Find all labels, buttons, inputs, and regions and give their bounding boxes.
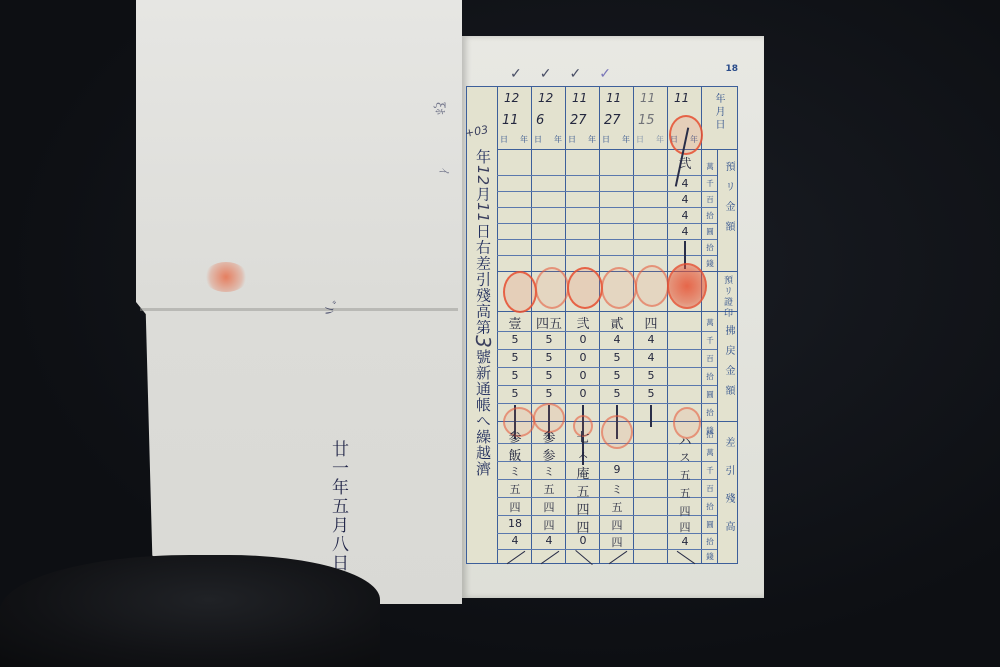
balance-digit: 四 <box>670 503 700 519</box>
balance-digit: 4 <box>670 535 700 548</box>
date-cell: 11 27 日年 <box>600 89 632 147</box>
left-margin-mark: ξﾎ <box>432 102 449 115</box>
balance-digit: 五 <box>534 481 564 497</box>
unit-label: 千 <box>703 465 717 476</box>
note-part: 右差引殘高第 <box>474 239 492 335</box>
red-seal-stamp <box>601 415 633 449</box>
balance-digit: 四 <box>534 517 564 533</box>
left-margin-mark: ｲ <box>436 168 453 174</box>
balance-digit: 五 <box>670 485 700 501</box>
withdrawal-digit: 4 <box>602 333 632 346</box>
balance-digit: 五 <box>670 467 700 483</box>
date-cell: 12 11 日年 <box>498 89 530 147</box>
unit-label: 千 <box>703 178 717 189</box>
unit-label: 圓 <box>703 389 717 400</box>
date-cell: 12 6 日年 <box>532 89 564 147</box>
withdrawal-digit: 0 <box>568 333 598 346</box>
balance-digit: ㅅ <box>568 445 598 464</box>
red-seal-stamp <box>535 267 569 309</box>
side-hand-prefix: +03 <box>464 123 489 140</box>
red-seal-stamp <box>601 267 637 309</box>
withdrawal-digit: 貳 <box>602 313 632 332</box>
date-month: 11 <box>674 91 689 105</box>
balance-digit: 参 <box>500 427 530 446</box>
date-day: 27 <box>604 113 621 128</box>
withdrawal-digit: 5 <box>636 387 666 400</box>
balance-digit: ミ <box>534 463 564 479</box>
date-month: 11 <box>606 91 621 105</box>
balance-digit: 七 <box>568 427 598 446</box>
column-divider <box>565 87 566 563</box>
row-divider <box>497 367 717 368</box>
balance-digit: 4 <box>534 534 564 547</box>
header-deposit-amount: 預リ金額 <box>721 161 736 241</box>
balance-digit: 参 <box>534 445 564 464</box>
withdrawal-digit: 5 <box>500 387 530 400</box>
label-year: 年 <box>520 134 528 145</box>
label-day: 日 <box>636 134 644 145</box>
unit-label: 拾 <box>703 371 717 382</box>
red-seal-stamp <box>567 267 603 309</box>
unit-label: 圓 <box>703 226 717 237</box>
balance-digit: 四 <box>534 499 564 515</box>
balance-digit: 18 <box>500 517 530 530</box>
unit-label: 百 <box>703 483 717 494</box>
unit-label: 百 <box>703 353 717 364</box>
label-year: 年 <box>588 134 596 145</box>
column-divider <box>633 87 634 563</box>
date-day: 27 <box>570 113 587 128</box>
row-divider <box>497 403 717 404</box>
balance-digit: 五 <box>602 499 632 515</box>
column-divider <box>701 87 702 563</box>
withdrawal-digit: 0 <box>568 369 598 382</box>
right-page: 18 ✓ ✓ ✓ ✓ +03 年12月11日右差引殘高第3號新通帳へ繰越濟 <box>462 36 764 598</box>
pen-stroke <box>650 405 652 427</box>
pen-slash <box>507 551 526 564</box>
label-year: 年 <box>554 134 562 145</box>
header-deposit-seal: 預リ證印 <box>721 275 734 319</box>
header-date: 年月日 <box>711 93 726 132</box>
date-cell: 11 15 日年 <box>634 89 666 147</box>
unit-label: 萬 <box>703 161 717 172</box>
balance-digit: 四 <box>500 499 530 515</box>
deposit-digit: 4 <box>670 209 700 222</box>
carry-over-note: 年12月11日右差引殘高第3號新通帳へ繰越濟 <box>471 149 495 477</box>
withdrawal-digit: 5 <box>602 351 632 364</box>
note-part: 月 <box>474 186 492 202</box>
red-seal-stamp <box>503 271 537 313</box>
header-withdrawal-amount: 拂戻金額 <box>721 325 736 405</box>
unit-label: 拾 <box>703 501 717 512</box>
pen-slash <box>575 550 592 565</box>
balance-digit: 4 <box>500 534 530 547</box>
withdrawal-digit: 5 <box>534 333 564 346</box>
checkmark-icon: ✓ <box>540 66 552 82</box>
balance-digit: ス <box>670 449 700 465</box>
row-divider <box>497 311 737 312</box>
date-month: 12 <box>538 91 553 105</box>
balance-digit: ミ <box>602 481 632 497</box>
withdrawal-digit: 5 <box>534 387 564 400</box>
deposit-digit: 4 <box>670 225 700 238</box>
withdrawal-digit: 0 <box>568 351 598 364</box>
label-year: 年 <box>622 134 630 145</box>
balance-digit: 四 <box>602 534 632 550</box>
unit-label: 拾 <box>703 536 717 547</box>
deposit-digit: 弐 <box>670 153 700 172</box>
date-day: 11 <box>502 113 519 128</box>
pen-slash <box>677 551 696 564</box>
row-divider <box>497 349 717 350</box>
note-part: 日 <box>474 223 492 239</box>
row-divider <box>497 175 717 176</box>
withdrawal-digit: 4 <box>636 333 666 346</box>
withdrawal-digit: 5 <box>534 351 564 364</box>
withdrawal-digit: 4 <box>636 351 666 364</box>
row-divider <box>497 207 717 208</box>
withdrawal-digit: 四五 <box>534 313 564 332</box>
unit-label: 拾 <box>703 407 717 418</box>
balance-digit: 五 <box>568 481 598 500</box>
note-part: 號新通帳へ繰越濟 <box>474 349 492 477</box>
row-divider <box>497 223 717 224</box>
withdrawal-digit: 5 <box>636 369 666 382</box>
unit-label: 千 <box>703 335 717 346</box>
note-hand-month: 12 <box>474 165 492 186</box>
unit-label: 拾 <box>703 429 717 440</box>
withdrawal-digit: 5 <box>534 369 564 382</box>
withdrawal-digit: 壹 <box>500 313 530 332</box>
label-year: 年 <box>656 134 664 145</box>
column-divider <box>497 87 498 563</box>
label-day: 日 <box>534 134 542 145</box>
date-month: 11 <box>640 91 655 105</box>
date-day: 15 <box>638 113 655 128</box>
label-day: 日 <box>602 134 610 145</box>
balance-digit: 四 <box>602 517 632 533</box>
withdrawal-digit: 5 <box>500 333 530 346</box>
label-day: 日 <box>568 134 576 145</box>
unit-label: 百 <box>703 194 717 205</box>
checkmark-icon: ✓ <box>599 66 611 82</box>
label-day: 日 <box>500 134 508 145</box>
note-hand-day: 11 <box>474 202 492 223</box>
date-month: 11 <box>572 91 587 105</box>
unit-label: 拾 <box>703 210 717 221</box>
balance-digit: ミ <box>500 463 530 479</box>
row-divider <box>497 149 737 150</box>
left-page-fold <box>140 308 458 311</box>
unit-label: 拾 <box>703 242 717 253</box>
withdrawal-digit: 5 <box>500 351 530 364</box>
left-page <box>136 0 462 604</box>
red-seal-stamp <box>667 263 707 309</box>
pen-slash <box>609 551 628 564</box>
balance-digit: 四 <box>670 519 700 535</box>
checkmark-icon: ✓ <box>510 66 522 82</box>
date-month: 12 <box>504 91 519 105</box>
date-day: 6 <box>536 113 544 128</box>
page-number: 18 <box>725 64 738 74</box>
column-divider <box>667 87 668 563</box>
balance-digit: 飯 <box>500 445 530 464</box>
balance-digit: 四 <box>568 499 598 518</box>
note-part: 年 <box>474 149 492 165</box>
row-divider <box>497 385 717 386</box>
checkmark-row: ✓ ✓ ✓ ✓ <box>510 66 611 82</box>
deposit-digit: 4 <box>670 177 700 190</box>
balance-digit: 参 <box>534 427 564 446</box>
note-hand-number: 3 <box>471 335 495 349</box>
withdrawal-digit: 弐 <box>568 313 598 332</box>
date-cell: 11 27 日年 <box>566 89 598 147</box>
row-divider <box>497 191 717 192</box>
red-seal-stamp <box>635 265 669 307</box>
checkmark-icon: ✓ <box>569 66 581 82</box>
column-divider <box>599 87 600 563</box>
withdrawal-digit: 5 <box>500 369 530 382</box>
header-balance: 差引殘高 <box>721 437 736 549</box>
balance-digit: 五 <box>500 481 530 497</box>
withdrawal-digit: 四 <box>636 313 666 332</box>
black-glove <box>0 555 380 667</box>
balance-digit: 庵 <box>568 463 598 482</box>
unit-column-divider <box>717 149 718 563</box>
passbook-ledger-table: +03 年12月11日右差引殘高第3號新通帳へ繰越濟 <box>466 86 738 564</box>
unit-label: 錢 <box>703 258 717 269</box>
pen-slash <box>541 551 560 564</box>
red-ink-stain <box>204 262 248 292</box>
unit-label: 錢 <box>703 551 717 562</box>
balance-digit: ハ <box>670 431 700 450</box>
column-divider <box>531 87 532 563</box>
balance-digit: 0 <box>568 534 598 547</box>
withdrawal-digit: 5 <box>602 387 632 400</box>
unit-label: 圓 <box>703 519 717 530</box>
withdrawal-digit: 0 <box>568 387 598 400</box>
unit-label: 萬 <box>703 317 717 328</box>
balance-digit: 9 <box>602 463 632 476</box>
unit-label: 萬 <box>703 447 717 458</box>
left-fold-mark: ﾞﾊ <box>318 300 338 314</box>
withdrawal-digit: 5 <box>602 369 632 382</box>
deposit-digit: 4 <box>670 193 700 206</box>
row-divider <box>497 239 717 240</box>
